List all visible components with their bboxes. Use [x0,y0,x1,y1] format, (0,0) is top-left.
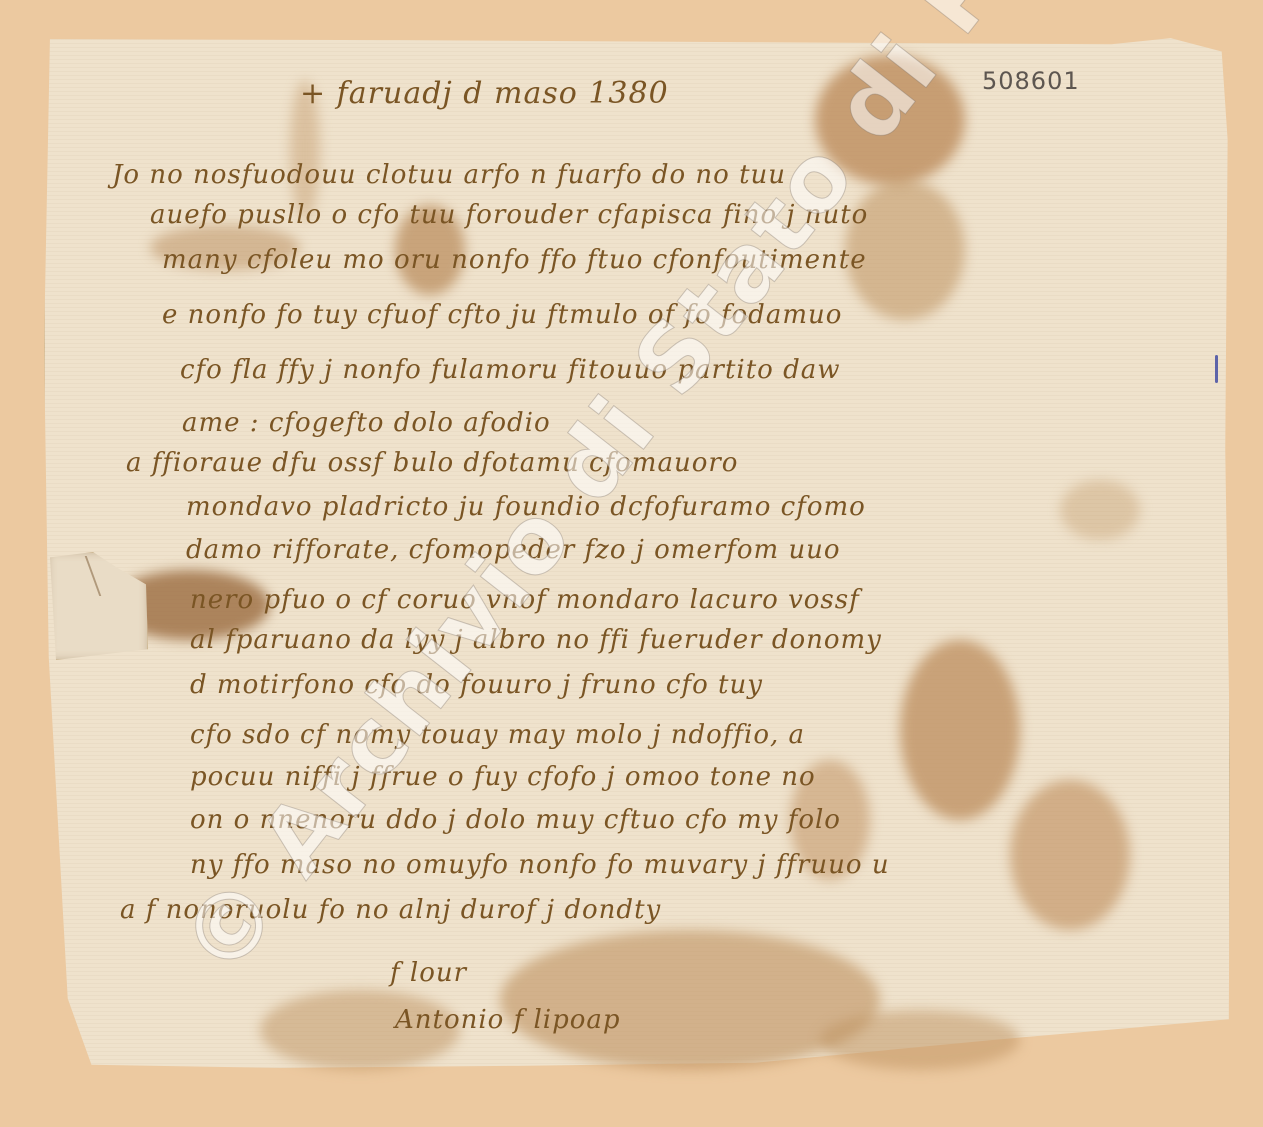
body-line: Jo no nosfuodouu clotuu arfo n fuarfo do… [112,160,786,190]
stain [820,1010,1020,1070]
body-line: ame : cfogefto dolo afodio [182,408,551,438]
blue-ink-mark [1215,355,1218,383]
stain [1060,480,1140,540]
archive-number: 508601 [982,67,1080,95]
stain [900,640,1020,820]
body-line: al fparuano da lyy j albro no ffi fuerud… [190,625,882,655]
stain [1010,780,1130,930]
body-line: cfo sdo cf nomy touay may molo j ndoffio… [190,720,805,750]
stain [500,930,880,1070]
signature: Antonio f lipoap [395,1005,621,1035]
letter-heading: + faruadj d maso 1380 [300,76,669,111]
closing: f lour [390,958,467,988]
